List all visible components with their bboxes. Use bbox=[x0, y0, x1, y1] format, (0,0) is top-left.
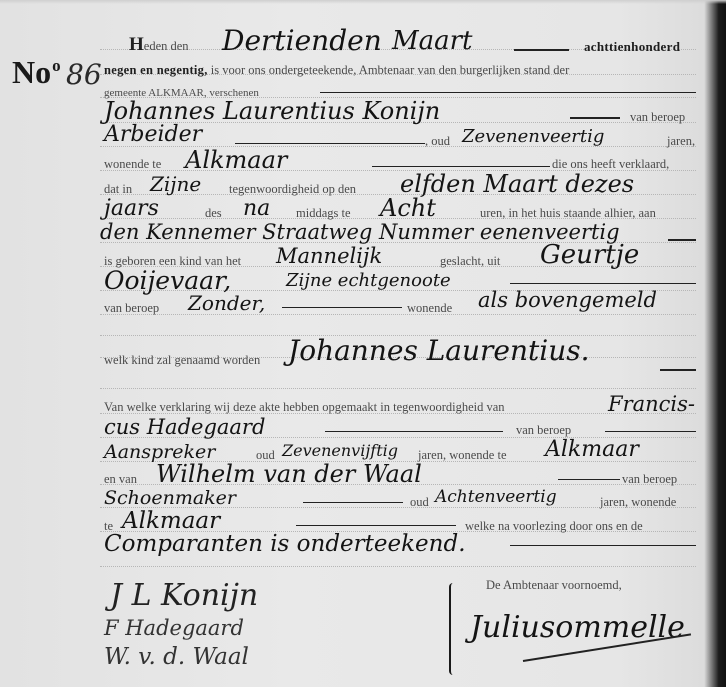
printed-text: is voor ons ondergeteekende, Ambtenaar v… bbox=[211, 63, 569, 77]
printed-dat-in: dat in bbox=[104, 182, 132, 196]
fill-dash bbox=[510, 545, 696, 546]
record-number-label: Noo bbox=[12, 54, 61, 91]
printed-van-beroep: van beroep bbox=[104, 301, 159, 315]
fill-dash bbox=[372, 166, 550, 167]
official-label: De Ambtenaar voornoemd, bbox=[486, 578, 622, 592]
printed-wonende-te: wonende te bbox=[104, 157, 161, 171]
handwritten-mother-first-name: Geurtje bbox=[540, 240, 639, 270]
printed-van-beroep: van beroep bbox=[622, 472, 677, 486]
handwritten-pronoun: Zijne bbox=[150, 172, 201, 196]
line-year: negen en negentig, is voor ons ondergete… bbox=[104, 63, 569, 77]
handwritten-month: Maart bbox=[392, 26, 473, 56]
printed-oud: oud bbox=[410, 495, 429, 509]
ruled-line bbox=[100, 388, 696, 389]
record-number: 86 bbox=[66, 58, 102, 91]
handwritten-mother-residence: als bovengemeld bbox=[478, 288, 657, 312]
signature-bracket bbox=[449, 583, 457, 675]
fill-dash bbox=[303, 502, 403, 503]
printed-verklaring: Van welke verklaring wij deze akte hebbe… bbox=[104, 400, 505, 414]
printed-en-van: en van bbox=[104, 472, 137, 486]
handwritten-father-residence: Alkmaar bbox=[185, 146, 287, 174]
printed-text: eden den bbox=[144, 39, 189, 53]
fill-dash bbox=[570, 117, 620, 119]
printed-year-a: achttienhonderd bbox=[584, 40, 680, 54]
ruled-line bbox=[100, 566, 696, 567]
printed-verklaard: die ons heeft verklaard, bbox=[552, 157, 669, 171]
handwritten-father-name: Johannes Laurentius Konijn bbox=[104, 97, 440, 125]
handwritten-closing: Comparanten is onderteekend. bbox=[104, 531, 466, 557]
handwritten-witness2-occupation: Schoenmaker bbox=[104, 487, 236, 509]
fill-dash bbox=[296, 525, 456, 526]
printed-oud: , oud bbox=[425, 134, 450, 148]
printed-geslacht-uit: geslacht, uit bbox=[440, 254, 500, 268]
handwritten-jaars: jaars bbox=[104, 196, 159, 221]
printed-year-b: negen en negentig, bbox=[104, 63, 208, 77]
fill-dash bbox=[605, 431, 696, 432]
signature-witness2: W. v. d. Waal bbox=[104, 644, 249, 670]
printed-jaren: jaren, bbox=[667, 134, 695, 148]
fill-dash bbox=[282, 307, 402, 308]
fill-dash bbox=[320, 92, 696, 93]
handwritten-witness1-age: Zevenenvijftig bbox=[282, 441, 398, 460]
printed-jaren-wonende: jaren, wonende te bbox=[418, 448, 507, 462]
handwritten-witness1-name-b: cus Hadegaard bbox=[104, 415, 265, 439]
fill-dash bbox=[235, 143, 425, 144]
page-edge-shadow bbox=[0, 0, 726, 4]
line-heden: Heden den bbox=[129, 38, 189, 53]
printed-van-beroep: van beroep bbox=[516, 423, 571, 437]
handwritten-relation: Zijne echtgenoote bbox=[286, 270, 451, 291]
printed-wonende: wonende bbox=[407, 301, 452, 315]
document-page: Noo 86 Heden den Dertienden Maart achtti… bbox=[0, 0, 726, 687]
printed-welk-kind: welk kind zal genaamd worden bbox=[104, 353, 260, 367]
signature-father: J L Konijn bbox=[110, 578, 258, 613]
fill-dash bbox=[510, 283, 696, 284]
printed-tegenwoordigheid: tegenwoordigheid op den bbox=[229, 182, 356, 196]
handwritten-na: na bbox=[243, 196, 270, 221]
printed-voorlezing: welke na voorlezing door ons en de bbox=[465, 519, 643, 533]
fill-dash bbox=[660, 369, 696, 371]
printed-des: des bbox=[205, 206, 222, 220]
handwritten-witness1-first-a: Francis- bbox=[608, 392, 695, 416]
handwritten-hour: Acht bbox=[380, 194, 436, 222]
signature-witness1: F Hadegaard bbox=[104, 616, 244, 640]
handwritten-witness1-residence: Alkmaar bbox=[545, 437, 639, 462]
handwritten-mother-occupation: Zonder, bbox=[188, 291, 265, 315]
fill-dash bbox=[514, 49, 569, 51]
handwritten-witness2-name: Wilhelm van der Waal bbox=[156, 460, 422, 488]
printed-van-beroep: van beroep bbox=[630, 110, 685, 124]
fill-dash bbox=[668, 239, 696, 241]
handwritten-sex: Mannelijk bbox=[276, 244, 382, 268]
fill-dash bbox=[558, 479, 620, 480]
handwritten-witness2-age: Achtenveertig bbox=[435, 487, 557, 507]
handwritten-father-age: Zevenenveertig bbox=[462, 126, 604, 147]
printed-jaren-wonende: jaren, wonende bbox=[600, 495, 676, 509]
fill-dash bbox=[325, 431, 503, 432]
handwritten-father-occupation: Arbeider bbox=[104, 122, 202, 147]
initial-capital: H bbox=[129, 34, 144, 55]
handwritten-day: Dertienden bbox=[222, 24, 382, 57]
handwritten-child-name: Johannes Laurentius. bbox=[288, 334, 590, 367]
printed-uren-huis: uren, in het huis staande alhier, aan bbox=[480, 206, 656, 220]
printed-middags-te: middags te bbox=[296, 206, 351, 220]
